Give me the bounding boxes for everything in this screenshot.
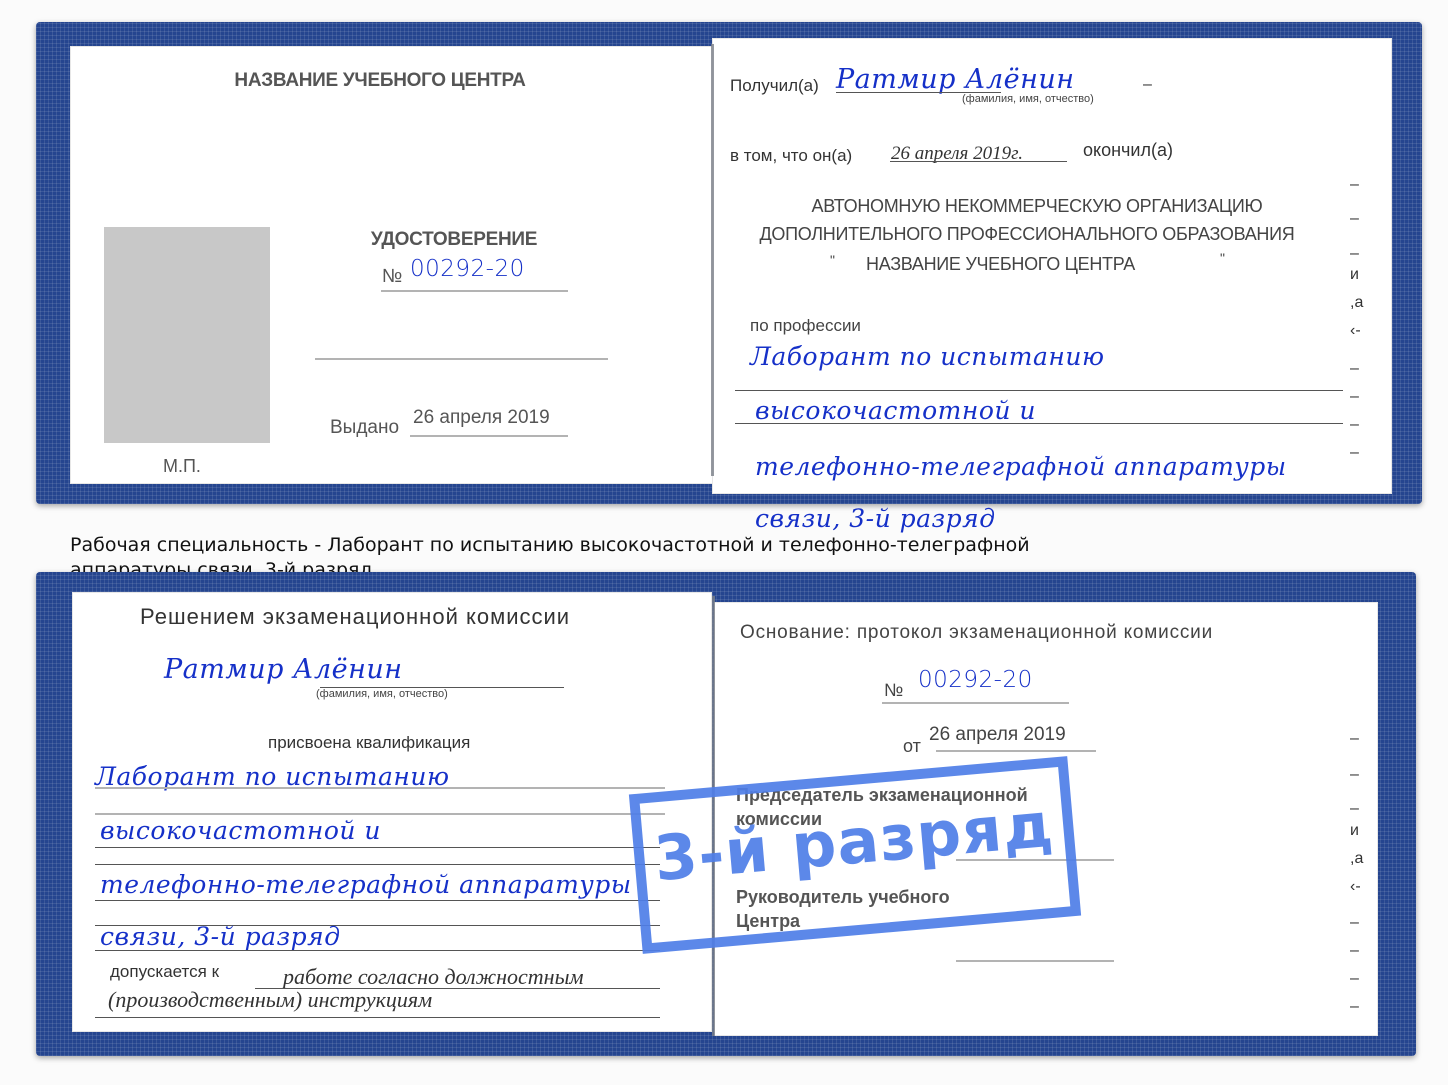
qualification-label: присвоена квалификация xyxy=(268,733,470,753)
top-margin-mark: ‹- xyxy=(1350,322,1361,340)
completion-date-line xyxy=(890,161,1067,162)
top-margin-mark: – xyxy=(1350,416,1359,434)
qualification-underline-3a xyxy=(95,900,660,901)
profession-line-1: Лаборант по испытанию xyxy=(750,342,1104,371)
protocol-date: 26 апреля 2019 xyxy=(929,724,1066,746)
bottom-margin-mark: – xyxy=(1350,766,1359,784)
top-margin-mark: – xyxy=(1350,245,1359,263)
certificate-number: 00292-20 xyxy=(410,256,525,282)
certificate-title: УДОСТОВЕРЕНИЕ xyxy=(354,229,554,251)
qualification-underline-1a xyxy=(95,787,665,789)
completed-label: окончил(а) xyxy=(1083,140,1173,161)
top-margin-mark: – xyxy=(1350,176,1359,194)
profession-line-4: связи, 3-й разряд xyxy=(755,504,996,533)
profession-line-2: высокочастотной и xyxy=(755,396,1036,425)
qualification-line-4: связи, 3-й разряд xyxy=(100,922,341,951)
qualification-underline-2b xyxy=(95,864,660,865)
signature-line xyxy=(315,358,608,360)
org-open-quote: " xyxy=(830,252,835,268)
profession-label: по профессии xyxy=(750,316,861,336)
bottom-margin-mark: ,а xyxy=(1350,850,1363,868)
profession-underline-1 xyxy=(735,390,1343,391)
stamp-place-label: М.П. xyxy=(163,456,201,477)
org-line-3: НАЗВАНИЕ УЧЕБНОГО ЦЕНТРА xyxy=(866,254,1135,275)
recipient-name: Ратмир Алёнин xyxy=(836,64,1075,95)
protocol-date-line xyxy=(936,750,1096,752)
grade-stamp-text: 3-й разряд xyxy=(641,787,1066,896)
top-margin-mark: – xyxy=(1350,388,1359,406)
admitted-label: допускается к xyxy=(110,962,219,982)
org-close-quote: " xyxy=(1220,250,1225,266)
bottom-margin-mark: – xyxy=(1350,998,1359,1016)
top-margin-mark: – xyxy=(1350,210,1359,228)
decision-title: Решением экзаменационной комиссии xyxy=(140,604,570,630)
center-name-heading: НАЗВАНИЕ УЧЕБНОГО ЦЕНТРА xyxy=(160,70,600,92)
qualification-line-2: высокочастотной и xyxy=(100,816,381,845)
qualification-line-3: телефонно-телеграфной аппаратуры xyxy=(100,870,632,899)
issued-date-line xyxy=(410,435,568,437)
admitted-line-2: (производственным) инструкциям xyxy=(108,987,432,1013)
top-margin-mark: ,а xyxy=(1350,294,1363,312)
certificate-number-line xyxy=(381,290,568,292)
protocol-number: 00292-20 xyxy=(918,667,1033,693)
bottom-margin-mark: – xyxy=(1350,800,1359,818)
received-label: Получил(а) xyxy=(730,76,819,96)
bottom-margin-mark: – xyxy=(1350,942,1359,960)
photo-placeholder xyxy=(104,227,270,443)
recipient-name-hint: (фамилия, имя, отчество) xyxy=(962,93,1094,105)
recipient-dash: – xyxy=(1143,76,1152,94)
that-label: в том, что он(а) xyxy=(730,146,852,166)
certificate-number-prefix: № xyxy=(382,266,402,288)
admitted-underline-2 xyxy=(95,1017,660,1018)
top-margin-mark: – xyxy=(1350,360,1359,378)
head-signature-line xyxy=(956,960,1114,962)
qualification-underline-1b xyxy=(95,813,665,815)
person-name-hint: (фамилия, имя, отчество) xyxy=(316,688,448,700)
bottom-margin-mark: – xyxy=(1350,970,1359,988)
qualification-underline-2a xyxy=(95,847,660,848)
org-line-2: ДОПОЛНИТЕЛЬНОГО ПРОФЕССИОНАЛЬНОГО ОБРАЗО… xyxy=(722,224,1332,245)
bottom-margin-mark: – xyxy=(1350,914,1359,932)
bottom-margin-mark: – xyxy=(1350,730,1359,748)
qualification-underline-4 xyxy=(95,950,660,951)
org-line-1: АВТОНОМНУЮ НЕКОММЕРЧЕСКУЮ ОРГАНИЗАЦИЮ xyxy=(722,196,1352,217)
protocol-number-prefix: № xyxy=(884,680,903,701)
bottom-margin-mark: и xyxy=(1350,822,1359,840)
top-margin-mark: – xyxy=(1350,444,1359,462)
protocol-number-line xyxy=(882,702,1069,704)
basis-title: Основание: протокол экзаменационной коми… xyxy=(740,622,1213,644)
profession-underline-2 xyxy=(735,423,1343,424)
issued-label: Выдано xyxy=(330,417,399,439)
top-spine xyxy=(711,44,714,476)
issued-date: 26 апреля 2019 xyxy=(413,407,550,429)
profession-line-3: телефонно-телеграфной аппаратуры xyxy=(755,452,1287,481)
person-name: Ратмир Алёнин xyxy=(164,654,403,685)
top-margin-mark: и xyxy=(1350,266,1359,284)
bottom-margin-mark: ‹- xyxy=(1350,878,1361,896)
protocol-date-prefix: от xyxy=(903,736,921,757)
